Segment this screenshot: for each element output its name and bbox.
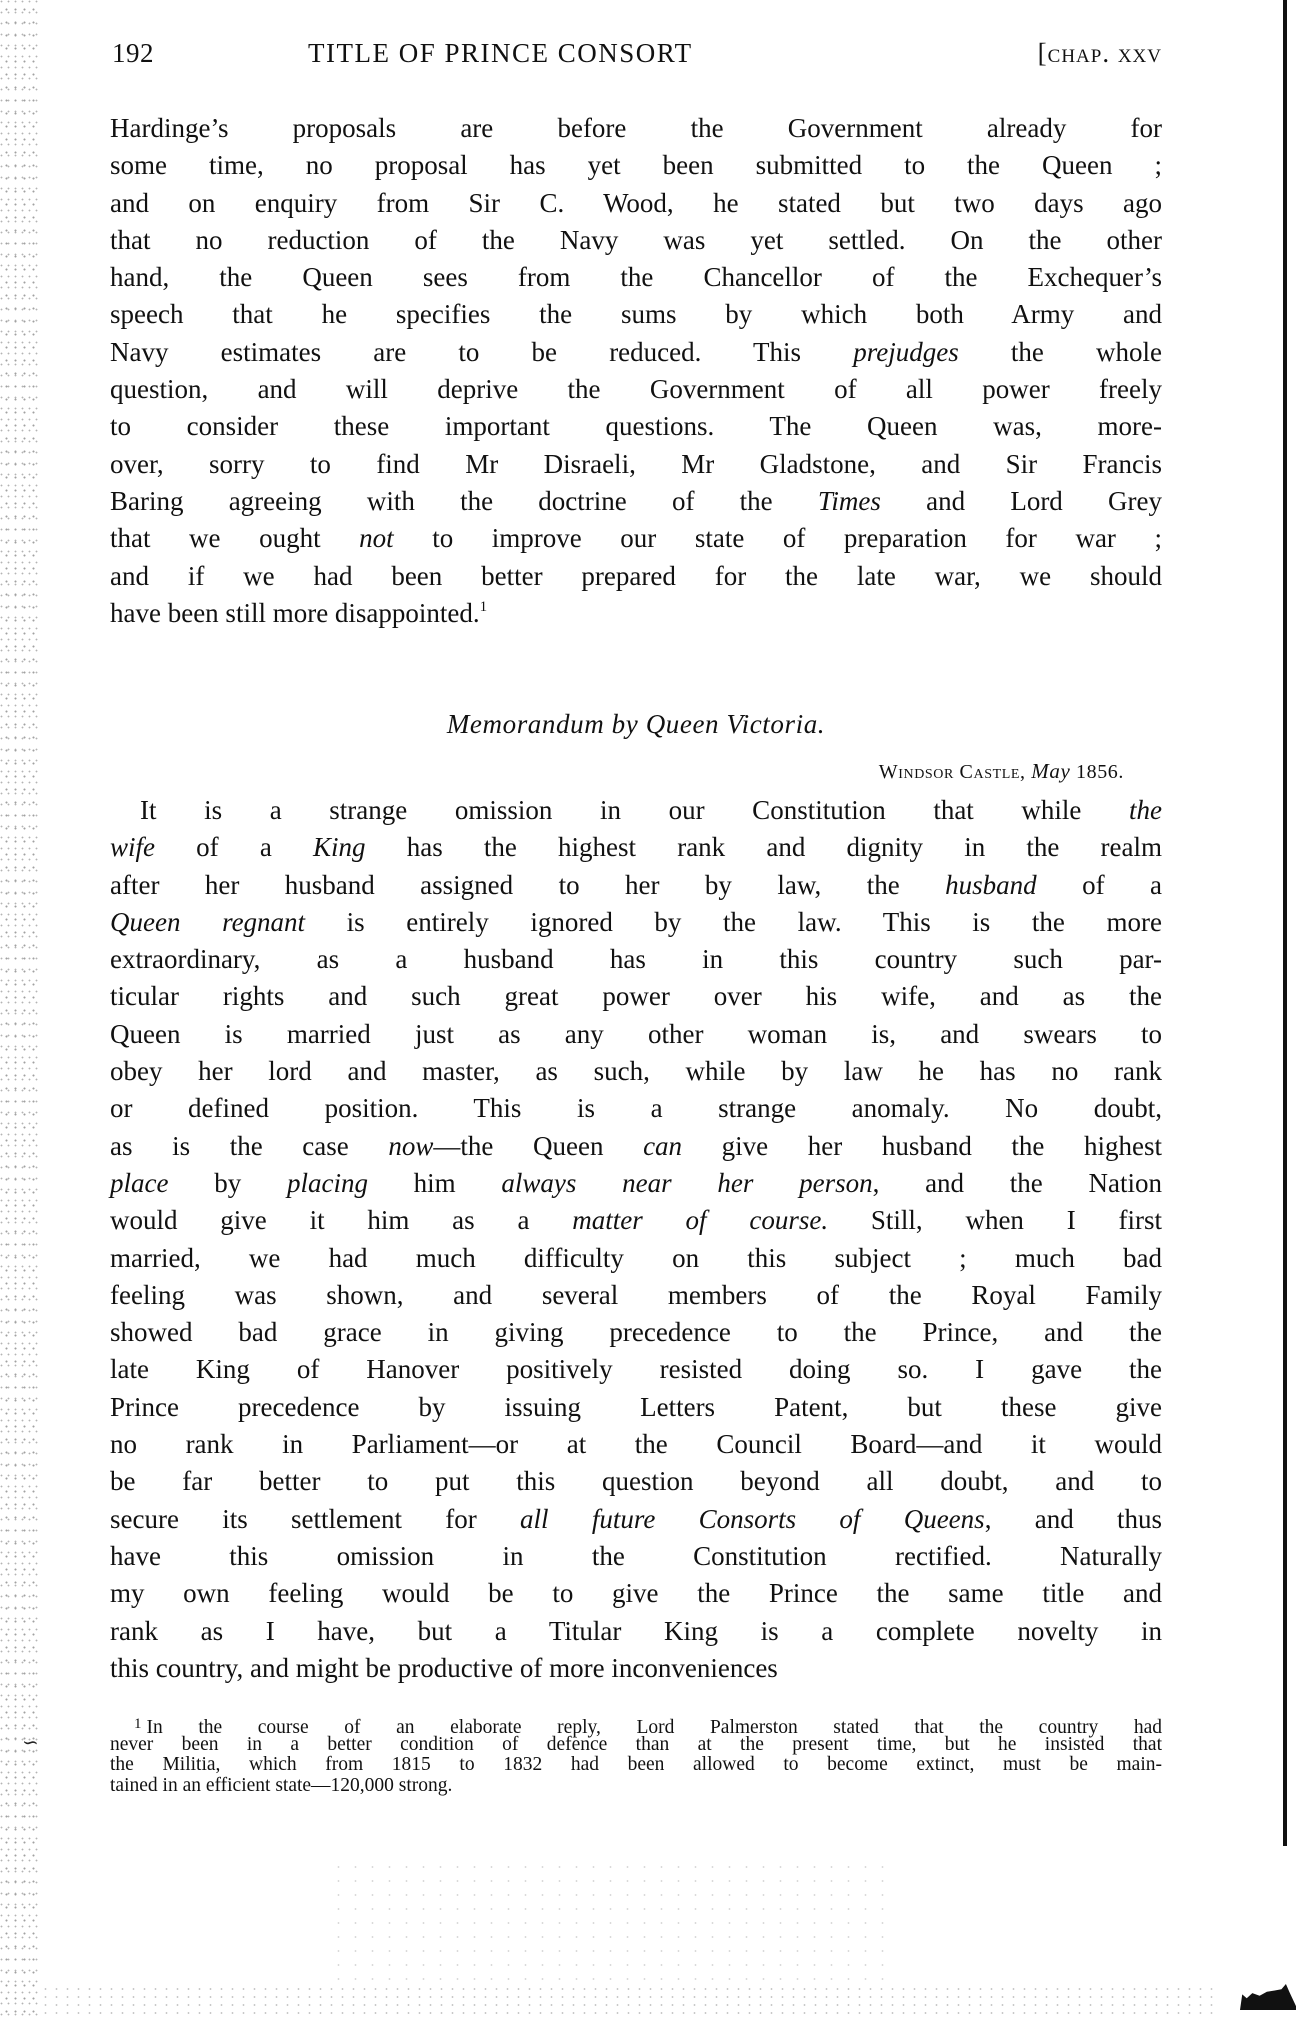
footnote-line-content: tained in an efficient state—120,000 str… <box>110 1776 1162 1797</box>
text-run: my own feeling would be to give the Prin… <box>110 1578 1162 1608</box>
text-line-content: or defined position. This is a strange a… <box>110 1090 1162 1127</box>
italic-emphasis: not <box>359 523 394 553</box>
text-line: speech that he specifies the sums by whi… <box>110 296 1162 333</box>
text-line: It is a strange omission in our Constitu… <box>110 792 1162 829</box>
text-line: Hardinge’s proposals are before the Gove… <box>110 110 1162 147</box>
footnote-line: tained in an efficient state—120,000 str… <box>110 1776 1162 1797</box>
text-line: have this omission in the Constitution r… <box>110 1538 1162 1575</box>
text-run: has the highest rank and dignity in the … <box>366 832 1162 862</box>
italic-emphasis: always near her person <box>501 1168 872 1198</box>
text-line: and on enquiry from Sir C. Wood, he stat… <box>110 185 1162 222</box>
memorandum-paragraph: It is a strange omission in our Constitu… <box>110 792 1162 1687</box>
text-line-content: obey her lord and master, as such, while… <box>110 1053 1162 1090</box>
text-run: and Lord Grey <box>881 486 1162 516</box>
footnote-line: 1In the course of an elaborate reply, Lo… <box>110 1714 1162 1735</box>
text-run: speech that he specifies the sums by whi… <box>110 299 1162 329</box>
text-line: rank as I have, but a Titular King is a … <box>110 1613 1162 1650</box>
text-run: obey her lord and master, as such, while… <box>110 1056 1162 1086</box>
running-head: 192 TITLE OF PRINCE CONSORT [chap. xxv <box>110 36 1162 70</box>
text-run: —the Queen <box>433 1131 643 1161</box>
text-line: have been still more disappointed.1 <box>110 595 1162 632</box>
text-line-content: no rank in Parliament—or at the Council … <box>110 1426 1162 1463</box>
text-line: that we ought not to improve our state o… <box>110 520 1162 557</box>
text-line-content: feeling was shown, and several members o… <box>110 1277 1162 1314</box>
text-line-content: and if we had been better prepared for t… <box>110 558 1162 595</box>
text-line: my own feeling would be to give the Prin… <box>110 1575 1162 1612</box>
text-line: secure its settlement for all future Con… <box>110 1501 1162 1538</box>
text-run: that we ought <box>110 523 359 553</box>
text-line: this country, and might be productive of… <box>110 1650 1162 1687</box>
text-run: by <box>168 1168 286 1198</box>
text-line: over, sorry to find Mr Disraeli, Mr Glad… <box>110 446 1162 483</box>
text-line: feeling was shown, and several members o… <box>110 1277 1162 1314</box>
text-run: married, we had much difficulty on this … <box>110 1243 1162 1273</box>
footnote-reference: 1 <box>480 599 488 615</box>
running-title: TITLE OF PRINCE CONSORT <box>308 36 693 70</box>
italic-emphasis: wife <box>110 832 155 862</box>
footnote-marker: 1 <box>134 1716 142 1732</box>
text-run: Navy estimates are to be reduced. This <box>110 337 853 367</box>
footnote-line-content: never been in a better condition of defe… <box>110 1735 1162 1756</box>
memorandum-heading: Memorandum by Queen Victoria. <box>110 706 1162 743</box>
text-run: It is a strange omission in our Constitu… <box>140 795 1129 825</box>
text-line: showed bad grace in giving precedence to… <box>110 1314 1162 1351</box>
text-run: have been still more disappointed. <box>110 598 480 628</box>
text-line: hand, the Queen sees from the Chancellor… <box>110 259 1162 296</box>
text-line-content: and on enquiry from Sir C. Wood, he stat… <box>110 185 1162 222</box>
footnote-line: never been in a better condition of defe… <box>110 1735 1162 1756</box>
text-line-content: Navy estimates are to be reduced. This p… <box>110 334 1162 371</box>
text-line: Queen regnant is entirely ignored by the… <box>110 904 1162 941</box>
text-line-content: wife of a King has the highest rank and … <box>110 829 1162 866</box>
text-run: late King of Hanover positively resisted… <box>110 1354 1162 1384</box>
text-run: of a <box>1037 870 1162 900</box>
text-line-content: some time, no proposal has yet been subm… <box>110 147 1162 184</box>
text-run: him <box>368 1168 501 1198</box>
italic-emphasis: husband <box>945 870 1037 900</box>
text-line: would give it him as a matter of course.… <box>110 1202 1162 1239</box>
italic-emphasis: place <box>110 1168 168 1198</box>
memorandum-dateline: Windsor Castle, May 1856. <box>879 758 1124 785</box>
text-line: place by placing him always near her per… <box>110 1165 1162 1202</box>
text-line-content: Queen is married just as any other woman… <box>110 1016 1162 1053</box>
text-line-content: to consider these important questions. T… <box>110 408 1162 445</box>
text-run: over, sorry to find Mr Disraeli, Mr Glad… <box>110 449 1162 479</box>
text-line: extraordinary, as a husband has in this … <box>110 941 1162 978</box>
text-run: or defined position. This is a strange a… <box>110 1093 1162 1123</box>
text-line-content: married, we had much difficulty on this … <box>110 1240 1162 1277</box>
text-line: question, and will deprive the Governmen… <box>110 371 1162 408</box>
footnote: 1In the course of an elaborate reply, Lo… <box>110 1714 1162 1796</box>
letter-continuation-paragraph: Hardinge’s proposals are before the Gove… <box>110 110 1162 632</box>
text-line-content: late King of Hanover positively resisted… <box>110 1351 1162 1388</box>
text-line: be far better to put this question beyon… <box>110 1463 1162 1500</box>
text-line-content: Baring agreeing with the doctrine of the… <box>110 483 1162 520</box>
text-run: be far better to put this question beyon… <box>110 1466 1162 1496</box>
text-run: as is the case <box>110 1131 388 1161</box>
text-run: showed bad grace in giving precedence to… <box>110 1317 1162 1347</box>
scan-speckle-bottom-area <box>330 1860 890 1990</box>
text-run: have this omission in the Constitution r… <box>110 1541 1162 1571</box>
text-line: after her husband assigned to her by law… <box>110 867 1162 904</box>
text-line-content: as is the case now—the Queen can give he… <box>110 1128 1162 1165</box>
text-line: ticular rights and such great power over… <box>110 978 1162 1015</box>
text-line: married, we had much difficulty on this … <box>110 1240 1162 1277</box>
text-run: ticular rights and such great power over… <box>110 981 1162 1011</box>
footnote-line: the Militia, which from 1815 to 1832 had… <box>110 1755 1162 1776</box>
text-line-content: have been still more disappointed.1 <box>110 595 1162 632</box>
italic-emphasis: Queen regnant <box>110 907 305 937</box>
text-run: Prince precedence by issuing Letters Pat… <box>110 1392 1162 1422</box>
text-run: of a <box>155 832 313 862</box>
text-run: is entirely ignored by the law. This is … <box>305 907 1162 937</box>
text-line-content: question, and will deprive the Governmen… <box>110 371 1162 408</box>
text-line-content: over, sorry to find Mr Disraeli, Mr Glad… <box>110 446 1162 483</box>
text-run: after her husband assigned to her by law… <box>110 870 945 900</box>
text-run: to consider these important questions. T… <box>110 411 1162 441</box>
text-line: and if we had been better prepared for t… <box>110 558 1162 595</box>
scan-speckle-bottom-edge <box>40 1985 1220 2015</box>
text-run: to improve our state of preparation for … <box>394 523 1162 553</box>
italic-emphasis: the <box>1129 795 1162 825</box>
text-line-content: that no reduction of the Navy was yet se… <box>110 222 1162 259</box>
italic-emphasis: Times <box>818 486 881 516</box>
text-run: give her husband the highest <box>682 1131 1162 1161</box>
text-line-content: rank as I have, but a Titular King is a … <box>110 1613 1162 1650</box>
text-line-content: showed bad grace in giving precedence to… <box>110 1314 1162 1351</box>
italic-emphasis: all future Consorts of Queens <box>520 1504 985 1534</box>
italic-emphasis: prejudges <box>853 337 958 367</box>
text-run: , and the Nation <box>873 1168 1162 1198</box>
text-run: feeling was shown, and several members o… <box>110 1280 1162 1310</box>
text-run: Baring agreeing with the doctrine of the <box>110 486 818 516</box>
text-run: secure its settlement for <box>110 1504 520 1534</box>
text-line: Prince precedence by issuing Letters Pat… <box>110 1389 1162 1426</box>
italic-emphasis: matter of course. <box>572 1205 828 1235</box>
text-run: Queen is married just as any other woman… <box>110 1019 1162 1049</box>
text-line-content: would give it him as a matter of course.… <box>110 1202 1162 1239</box>
text-line-content: ticular rights and such great power over… <box>110 978 1162 1015</box>
text-run: extraordinary, as a husband has in this … <box>110 944 1162 974</box>
text-run: rank as I have, but a Titular King is a … <box>110 1616 1162 1646</box>
text-run: question, and will deprive the Governmen… <box>110 374 1162 404</box>
text-run: Hardinge’s proposals are before the Gove… <box>110 113 1162 143</box>
text-line: wife of a King has the highest rank and … <box>110 829 1162 866</box>
text-run: Still, when I first <box>828 1205 1162 1235</box>
text-line: Queen is married just as any other woman… <box>110 1016 1162 1053</box>
text-line-content: speech that he specifies the sums by whi… <box>110 296 1162 333</box>
text-line-content: have this omission in the Constitution r… <box>110 1538 1162 1575</box>
footnote-text: the Militia, which from 1815 to 1832 had… <box>110 1754 1162 1775</box>
text-run: the whole <box>959 337 1162 367</box>
text-run: that no reduction of the Navy was yet se… <box>110 225 1162 255</box>
text-run: some time, no proposal has yet been subm… <box>110 150 1162 180</box>
text-line: Navy estimates are to be reduced. This p… <box>110 334 1162 371</box>
italic-emphasis: now <box>388 1131 433 1161</box>
text-line: that no reduction of the Navy was yet se… <box>110 222 1162 259</box>
text-line-content: that we ought not to improve our state o… <box>110 520 1162 557</box>
text-line-content: hand, the Queen sees from the Chancellor… <box>110 259 1162 296</box>
text-line-content: Prince precedence by issuing Letters Pat… <box>110 1389 1162 1426</box>
text-line-content: place by placing him always near her per… <box>110 1165 1162 1202</box>
text-line: no rank in Parliament—or at the Council … <box>110 1426 1162 1463</box>
text-line: Baring agreeing with the doctrine of the… <box>110 483 1162 520</box>
text-line: some time, no proposal has yet been subm… <box>110 147 1162 184</box>
page-edge-rule <box>1283 0 1287 1846</box>
margin-pencil-mark: ∽ <box>22 1733 39 1753</box>
ink-blot <box>1240 1984 1296 2010</box>
footnote-text: never been in a better condition of defe… <box>110 1734 1162 1755</box>
text-run: , and thus <box>985 1504 1162 1534</box>
text-line: or defined position. This is a strange a… <box>110 1090 1162 1127</box>
text-run: and on enquiry from Sir C. Wood, he stat… <box>110 188 1162 218</box>
text-line-content: this country, and might be productive of… <box>110 1650 1162 1687</box>
dateline-month: May <box>1031 759 1070 783</box>
text-line-content: my own feeling would be to give the Prin… <box>110 1575 1162 1612</box>
dateline-year: 1856. <box>1076 761 1124 783</box>
text-line-content: Queen regnant is entirely ignored by the… <box>110 904 1162 941</box>
text-line: to consider these important questions. T… <box>110 408 1162 445</box>
text-line-content: Hardinge’s proposals are before the Gove… <box>110 110 1162 147</box>
chapter-label: [chap. xxv <box>1038 36 1162 70</box>
text-line-content: secure its settlement for all future Con… <box>110 1501 1162 1538</box>
text-run: this country, and might be productive of… <box>110 1653 778 1683</box>
italic-emphasis: King <box>313 832 366 862</box>
text-line: late King of Hanover positively resisted… <box>110 1351 1162 1388</box>
text-line-content: be far better to put this question beyon… <box>110 1463 1162 1500</box>
text-line: as is the case now—the Queen can give he… <box>110 1128 1162 1165</box>
italic-emphasis: can <box>643 1131 682 1161</box>
text-line-content: It is a strange omission in our Constitu… <box>110 792 1162 829</box>
page-number: 192 <box>112 36 154 70</box>
footnote-text: tained in an efficient state—120,000 str… <box>110 1775 452 1796</box>
text-run: no rank in Parliament—or at the Council … <box>110 1429 1162 1459</box>
scan-speckle-left-margin <box>0 0 40 2018</box>
italic-emphasis: placing <box>287 1168 368 1198</box>
footnote-line-content: the Militia, which from 1815 to 1832 had… <box>110 1755 1162 1776</box>
dateline-place: Windsor Castle, <box>879 761 1026 783</box>
text-line: obey her lord and master, as such, while… <box>110 1053 1162 1090</box>
text-run: hand, the Queen sees from the Chancellor… <box>110 262 1162 292</box>
text-run: and if we had been better prepared for t… <box>110 561 1162 591</box>
text-run: would give it him as a <box>110 1205 572 1235</box>
text-line-content: after her husband assigned to her by law… <box>110 867 1162 904</box>
text-line-content: extraordinary, as a husband has in this … <box>110 941 1162 978</box>
